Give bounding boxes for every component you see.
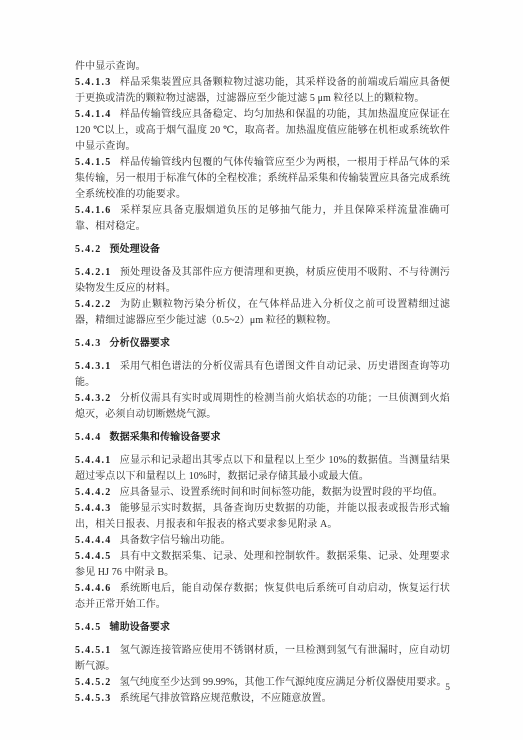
clause-paragraph: 5.4.3.2分析仪需具有实时或周期性的检测当前火焰状态的功能；一旦侦测到火焰熄… bbox=[75, 391, 450, 423]
clause-paragraph: 5.4.5.3系统尾气排放管路应规范敷设，不应随意放置。 bbox=[75, 691, 450, 707]
clause-text: 应显示和记录超出其零点以下和量程以上至少 10%的数据值。当测量结果超过零点以下… bbox=[75, 455, 450, 482]
clause-number: 5.4.4.6 bbox=[75, 583, 120, 594]
clause-paragraph: 5.4.1.3样品采集装置应具备颗粒物过滤功能，其采样设备的前端或后端应具备便于… bbox=[75, 75, 450, 107]
clause-number: 5.4.1.5 bbox=[75, 157, 120, 168]
heading-text: 数据采集和传输设备要求 bbox=[110, 432, 221, 443]
heading-text: 预处理设备 bbox=[110, 244, 161, 255]
clause-text: 采样泵应具备克服烟道负压的足够抽气能力，并且保障采样流量准确可靠、相对稳定。 bbox=[75, 205, 450, 232]
clause-number: 5.4.5.2 bbox=[75, 677, 120, 688]
clause-text: 样品传输管线应具备稳定、均匀加热和保温的功能，其加热温度应保证在 120 ℃以上… bbox=[75, 109, 450, 152]
clause-number: 5.4.1.4 bbox=[75, 109, 120, 120]
clause-number: 5.4.5.3 bbox=[75, 693, 120, 704]
document-page: 件中显示查询。5.4.1.3样品采集装置应具备颗粒物过滤功能，其采样设备的前端或… bbox=[0, 0, 523, 740]
clause-number: 5.4.2.2 bbox=[75, 299, 120, 310]
clause-number: 5.4.5.1 bbox=[75, 645, 120, 656]
clause-text: 样品采集装置应具备颗粒物过滤功能，其采样设备的前端或后端应具备便于更换或清洗的颗… bbox=[75, 77, 450, 104]
continuation-paragraph: 件中显示查询。 bbox=[75, 59, 450, 75]
clause-text: 系统断电后，能自动保存数据；恢复供电后系统可自动启动，恢复运行状态并正常开始工作… bbox=[75, 583, 450, 610]
heading-text: 辅助设备要求 bbox=[110, 622, 171, 633]
clause-text: 能够显示实时数据，具备查询历史数据的功能，并能以报表或报告形式输出，相关日报表、… bbox=[75, 503, 450, 530]
clause-text: 件中显示查询。 bbox=[75, 61, 146, 72]
clause-paragraph: 5.4.4.5具有中文数据采集、记录、处理和控制软件。数据采集、记录、处理要求参… bbox=[75, 549, 450, 581]
clause-paragraph: 5.4.3.1采用气相色谱法的分析仪需具有色谱图文件自动记录、历史谱图查询等功能… bbox=[75, 359, 450, 391]
page-number: 5 bbox=[445, 682, 450, 694]
clause-text: 氢气源连接管路应使用不锈钢材质，一旦检测到氢气有泄漏时，应自动切断气源。 bbox=[75, 645, 450, 672]
clause-text: 样品传输管线内包覆的气体传输管应至少为两根，一根用于样品气体的采集传输，另一根用… bbox=[75, 157, 450, 200]
section-heading: 5.4.3分析仪器要求 bbox=[75, 336, 450, 352]
clause-number: 5.4.1.3 bbox=[75, 77, 120, 88]
section-heading: 5.4.5辅助设备要求 bbox=[75, 620, 450, 636]
clause-paragraph: 5.4.1.6采样泵应具备克服烟道负压的足够抽气能力，并且保障采样流量准确可靠、… bbox=[75, 203, 450, 235]
clause-paragraph: 5.4.4.1应显示和记录超出其零点以下和量程以上至少 10%的数据值。当测量结… bbox=[75, 453, 450, 485]
clause-paragraph: 5.4.4.3能够显示实时数据，具备查询历史数据的功能，并能以报表或报告形式输出… bbox=[75, 501, 450, 533]
clause-number: 5.4.3.1 bbox=[75, 361, 120, 372]
clause-paragraph: 5.4.2.1预处理设备及其部件应方便清理和更换，材质应使用不吸附、不与待测污染… bbox=[75, 265, 450, 297]
clause-paragraph: 5.4.1.5样品传输管线内包覆的气体传输管应至少为两根，一根用于样品气体的采集… bbox=[75, 155, 450, 203]
clause-number: 5.4.3 bbox=[75, 338, 110, 349]
clause-number: 5.4.1.6 bbox=[75, 205, 120, 216]
clause-paragraph: 5.4.5.2氢气纯度至少达到 99.99%，其他工作气源纯度应满足分析仪器使用… bbox=[75, 675, 450, 691]
clause-text: 具备数字信号输出功能。 bbox=[120, 535, 231, 546]
clause-text: 为防止颗粒物污染分析仪，在气体样品进入分析仪之前可设置精细过滤器，精细过滤器应至… bbox=[75, 299, 450, 326]
clause-paragraph: 5.4.4.2应具备显示、设置系统时间和时间标签功能，数据为设置时段的平均值。 bbox=[75, 485, 450, 501]
clause-number: 5.4.4.1 bbox=[75, 455, 120, 466]
clause-paragraph: 5.4.1.4样品传输管线应具备稳定、均匀加热和保温的功能，其加热温度应保证在 … bbox=[75, 107, 450, 155]
clause-text: 预处理设备及其部件应方便清理和更换，材质应使用不吸附、不与待测污染物发生反应的材… bbox=[75, 267, 450, 294]
clause-text: 氢气纯度至少达到 99.99%，其他工作气源纯度应满足分析仪器使用要求。 bbox=[120, 677, 447, 688]
document-content: 件中显示查询。5.4.1.3样品采集装置应具备颗粒物过滤功能，其采样设备的前端或… bbox=[75, 59, 450, 707]
clause-text: 应具备显示、设置系统时间和时间标签功能，数据为设置时段的平均值。 bbox=[120, 487, 443, 498]
clause-number: 5.4.4.5 bbox=[75, 551, 120, 562]
clause-number: 5.4.2 bbox=[75, 244, 110, 255]
clause-text: 采用气相色谱法的分析仪需具有色谱图文件自动记录、历史谱图查询等功能。 bbox=[75, 361, 450, 388]
clause-text: 系统尾气排放管路应规范敷设，不应随意放置。 bbox=[120, 693, 332, 704]
clause-number: 5.4.4.2 bbox=[75, 487, 120, 498]
heading-text: 分析仪器要求 bbox=[110, 338, 171, 349]
clause-number: 5.4.4 bbox=[75, 432, 110, 443]
clause-number: 5.4.5 bbox=[75, 622, 110, 633]
clause-number: 5.4.2.1 bbox=[75, 267, 120, 278]
clause-number: 5.4.3.2 bbox=[75, 393, 120, 404]
clause-paragraph: 5.4.4.4具备数字信号输出功能。 bbox=[75, 533, 450, 549]
clause-paragraph: 5.4.2.2为防止颗粒物污染分析仪，在气体样品进入分析仪之前可设置精细过滤器，… bbox=[75, 297, 450, 329]
clause-number: 5.4.4.4 bbox=[75, 535, 120, 546]
clause-paragraph: 5.4.4.6系统断电后，能自动保存数据；恢复供电后系统可自动启动，恢复运行状态… bbox=[75, 581, 450, 613]
clause-paragraph: 5.4.5.1氢气源连接管路应使用不锈钢材质，一旦检测到氢气有泄漏时，应自动切断… bbox=[75, 643, 450, 675]
section-heading: 5.4.4数据采集和传输设备要求 bbox=[75, 430, 450, 446]
section-heading: 5.4.2预处理设备 bbox=[75, 242, 450, 258]
clause-text: 分析仪需具有实时或周期性的检测当前火焰状态的功能；一旦侦测到火焰熄灭，必须自动切… bbox=[75, 393, 450, 420]
clause-text: 具有中文数据采集、记录、处理和控制软件。数据采集、记录、处理要求参见 HJ 76… bbox=[75, 551, 450, 578]
clause-number: 5.4.4.3 bbox=[75, 503, 120, 514]
